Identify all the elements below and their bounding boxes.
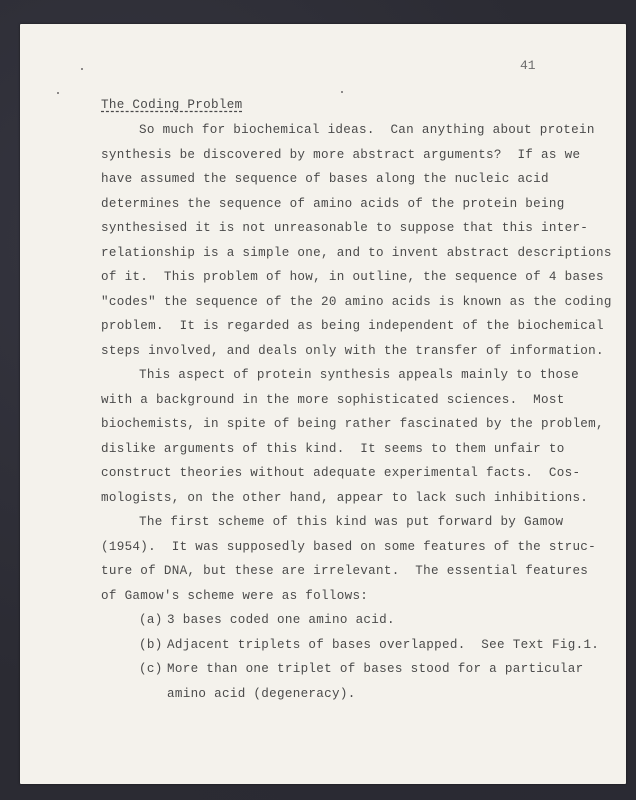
list-item-c-continuation: amino acid (degeneracy). xyxy=(167,686,356,702)
list-item-b: Adjacent triplets of bases overlapped. S… xyxy=(167,637,599,653)
list-marker-b: (b) xyxy=(139,637,163,653)
paragraph-3-line: of Gamow's scheme were as follows: xyxy=(101,588,368,604)
paragraph-1-line: of it. This problem of how, in outline, … xyxy=(101,269,604,285)
paper-speck xyxy=(341,91,343,93)
paragraph-2-line: biochemists, in spite of being rather fa… xyxy=(101,416,604,432)
paragraph-1-line: synthesised it is not unreasonable to su… xyxy=(101,220,588,236)
paragraph-1-line: have assumed the sequence of bases along… xyxy=(101,171,549,187)
paragraph-2-line: construct theories without adequate expe… xyxy=(101,465,580,481)
paragraph-1-line: relationship is a simple one, and to inv… xyxy=(101,245,612,261)
paragraph-1-line: So much for biochemical ideas. Can anyth… xyxy=(139,122,595,138)
paragraph-2-line: mologists, on the other hand, appear to … xyxy=(101,490,588,506)
paragraph-2-line: with a background in the more sophistica… xyxy=(101,392,565,408)
paragraph-2-line: dislike arguments of this kind. It seems… xyxy=(101,441,565,457)
paragraph-1-line: problem. It is regarded as being indepen… xyxy=(101,318,604,334)
paragraph-1-line: steps involved, and deals only with the … xyxy=(101,343,604,359)
page-number: 41 xyxy=(520,58,536,73)
list-marker-c: (c) xyxy=(139,661,163,677)
paper-speck xyxy=(81,68,83,70)
paragraph-3-line: ture of DNA, but these are irrelevant. T… xyxy=(101,563,588,579)
list-item-a: 3 bases coded one amino acid. xyxy=(167,612,395,628)
paragraph-1-line: synthesis be discovered by more abstract… xyxy=(101,147,580,163)
section-heading: The Coding Problem xyxy=(101,97,242,113)
paragraph-1-line: determines the sequence of amino acids o… xyxy=(101,196,565,212)
paper-speck xyxy=(57,92,59,94)
paragraph-3-line: The first scheme of this kind was put fo… xyxy=(139,514,563,530)
list-marker-a: (a) xyxy=(139,612,163,628)
paragraph-2-line: This aspect of protein synthesis appeals… xyxy=(139,367,579,383)
paragraph-1-line: "codes" the sequence of the 20 amino aci… xyxy=(101,294,612,310)
paragraph-3-line: (1954). It was supposedly based on some … xyxy=(101,539,596,555)
list-item-c: More than one triplet of bases stood for… xyxy=(167,661,583,677)
